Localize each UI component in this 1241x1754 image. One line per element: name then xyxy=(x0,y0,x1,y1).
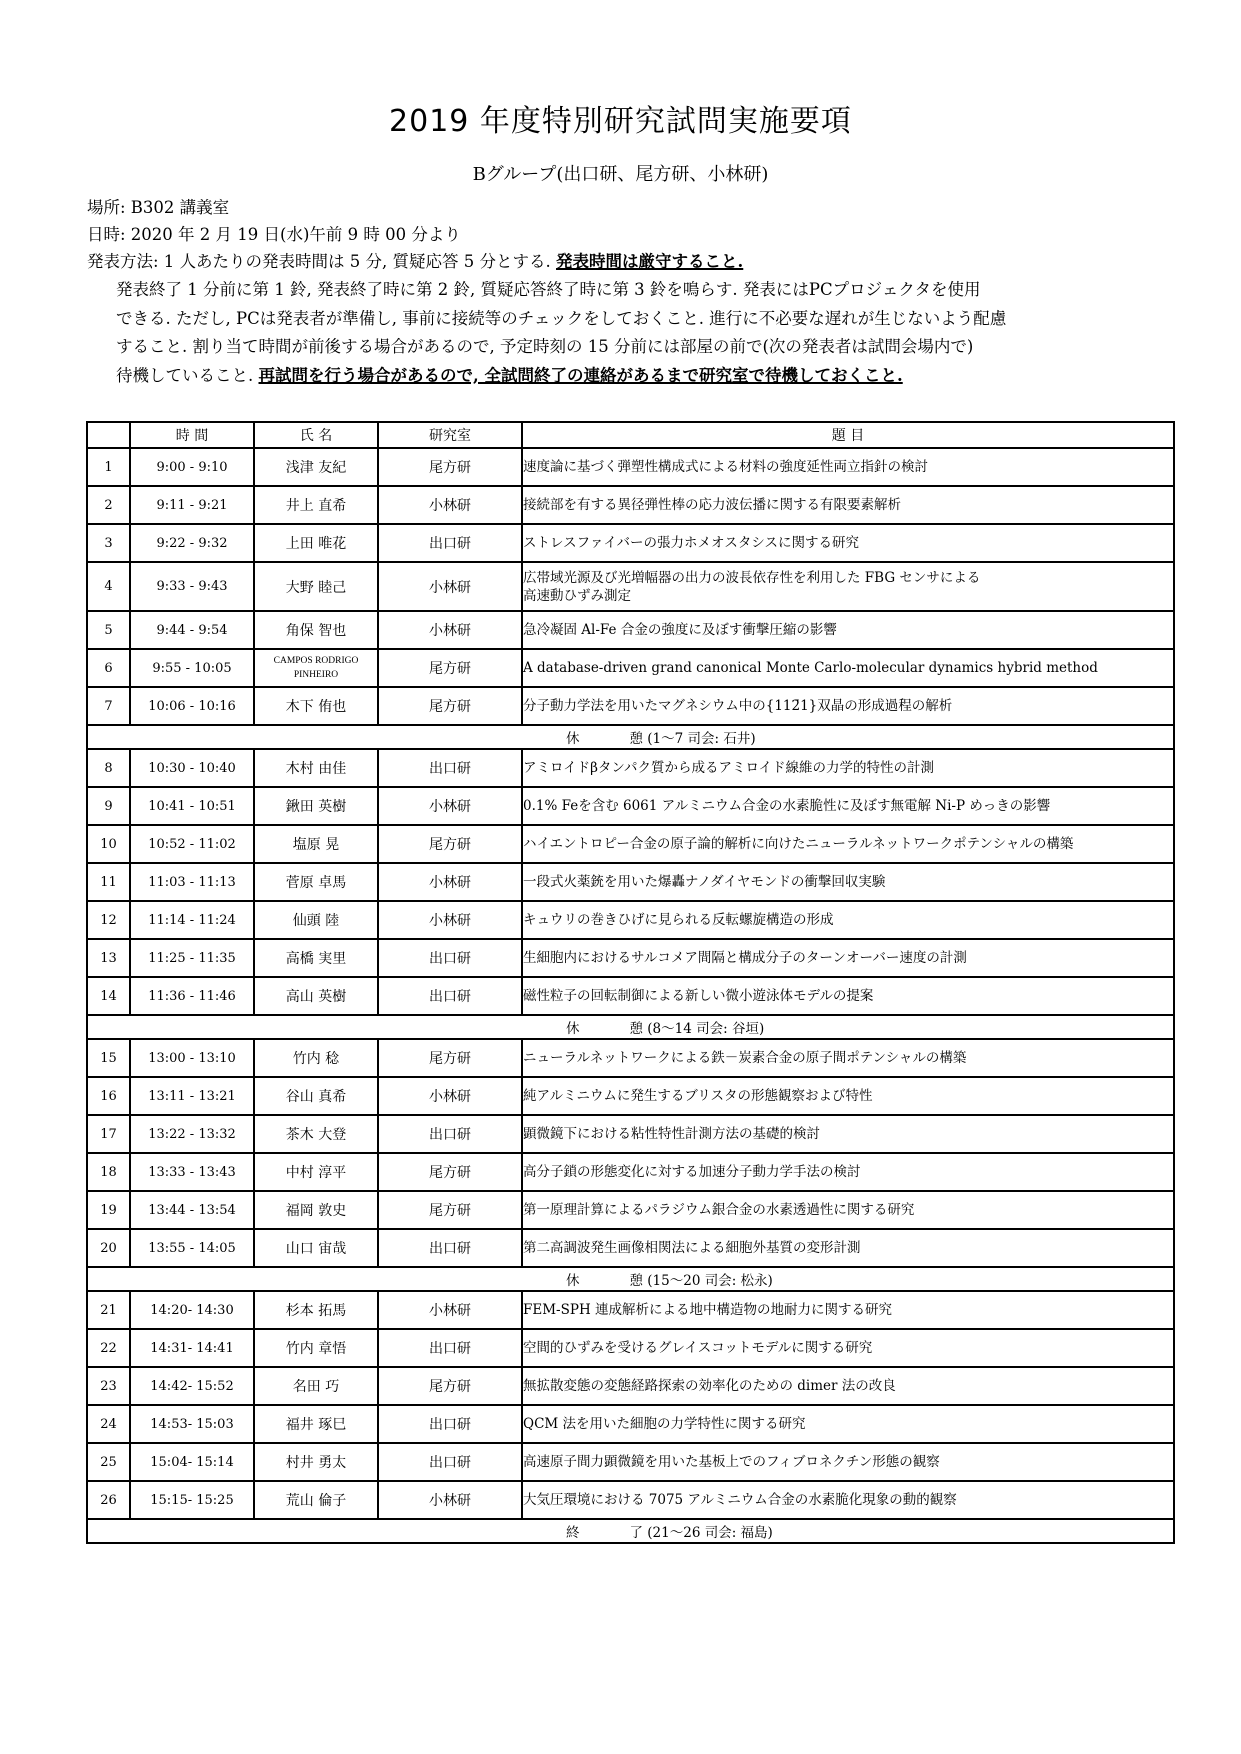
row-name: 鍬田 英樹 xyxy=(254,787,378,825)
row-lab: 小林研 xyxy=(378,1291,522,1329)
row-lab: 小林研 xyxy=(378,562,522,611)
row-name: 茶木 大登 xyxy=(254,1115,378,1153)
row-number: 14 xyxy=(87,977,130,1015)
row-topic: 空間的ひずみを受けるグレイスコットモデルに関する研究 xyxy=(522,1329,1174,1367)
row-time: 13:11 - 13:21 xyxy=(130,1077,254,1115)
row-number: 4 xyxy=(87,562,130,611)
header-no xyxy=(87,422,130,448)
row-topic: 生細胞内におけるサルコメア間隔と構成分子のターンオーバー速度の計測 xyxy=(522,939,1174,977)
row-lab: 尾方研 xyxy=(378,1367,522,1405)
row-lab: 小林研 xyxy=(378,1077,522,1115)
row-topic: ニューラルネットワークによる鉄－炭素合金の原子間ポテンシャルの構築 xyxy=(522,1039,1174,1077)
group-subtitle: Bグループ(出口研、尾方研、小林研) xyxy=(0,160,1241,186)
name-line: CAMPOS RODRIGO xyxy=(255,654,377,668)
topic-line: 広帯域光源及び光増幅器の出力の波長依存性を利用した FBG センサによる xyxy=(523,569,1173,587)
row-name: 浅津 友紀 xyxy=(254,448,378,486)
row-topic: キュウリの巻きひげに見られる反転螺旋構造の形成 xyxy=(522,901,1174,939)
row-time: 11:36 - 11:46 xyxy=(130,977,254,1015)
topic-line: 高速動ひずみ測定 xyxy=(523,587,1173,605)
row-lab: 尾方研 xyxy=(378,1153,522,1191)
row-lab: 出口研 xyxy=(378,939,522,977)
row-time: 14:31- 14:41 xyxy=(130,1329,254,1367)
row-number: 6 xyxy=(87,649,130,687)
end-row: 終了 (21～26 司会: 福島) xyxy=(87,1519,1174,1543)
row-lab: 出口研 xyxy=(378,524,522,562)
row-topic: 純アルミニウムに発生するブリスタの形態観察および特性 xyxy=(522,1077,1174,1115)
row-lab: 出口研 xyxy=(378,1115,522,1153)
row-time: 15:04- 15:14 xyxy=(130,1443,254,1481)
datetime-line: 日時: 2020 年 2 月 19 日(水)午前 9 時 00 分より xyxy=(87,222,461,248)
row-topic: 速度論に基づく弾塑性構成式による材料の強度延性両立指針の検討 xyxy=(522,448,1174,486)
table-row: 2214:31- 14:41竹内 章悟出口研空間的ひずみを受けるグレイスコットモ… xyxy=(87,1329,1174,1367)
table-body: 19:00 - 9:10浅津 友紀尾方研速度論に基づく弾塑性構成式による材料の強… xyxy=(87,448,1174,1543)
row-topic: 一段式火薬銃を用いた爆轟ナノダイヤモンドの衝撃回収実験 xyxy=(522,863,1174,901)
break-row: 休憩 (1～7 司会: 石井) xyxy=(87,725,1174,749)
row-topic: 高分子鎖の形態変化に対する加速分子動力学手法の検討 xyxy=(522,1153,1174,1191)
row-topic: 接続部を有する異径弾性棒の応力波伝播に関する有限要素解析 xyxy=(522,486,1174,524)
break-label-first: 休 xyxy=(566,1021,580,1037)
paragraph-line: 発表終了 1 分前に第 1 鈴, 発表終了時に第 2 鈴, 質疑応答終了時に第 … xyxy=(116,276,1156,305)
row-lab: 出口研 xyxy=(378,977,522,1015)
break-label: 休憩 (8～14 司会: 谷垣) xyxy=(87,1015,1174,1039)
method-line: 発表方法: 1 人あたりの発表時間は 5 分, 質疑応答 5 分とする. 発表時… xyxy=(87,249,743,275)
row-topic: 大気圧環境における 7075 アルミニウム合金の水素脆化現象の動的観察 xyxy=(522,1481,1174,1519)
break-label-rest: 了 (21～26 司会: 福島) xyxy=(630,1525,773,1541)
row-name: 木下 侑也 xyxy=(254,687,378,725)
table-row: 1713:22 - 13:32茶木 大登出口研顕微鏡下における粘性特性計測方法の… xyxy=(87,1115,1174,1153)
break-label-first: 休 xyxy=(566,731,580,747)
name-line: PINHEIRO xyxy=(255,668,377,682)
row-topic: ストレスファイバーの張力ホメオスタシスに関する研究 xyxy=(522,524,1174,562)
row-time: 14:20- 14:30 xyxy=(130,1291,254,1329)
row-lab: 小林研 xyxy=(378,486,522,524)
row-name: 竹内 稔 xyxy=(254,1039,378,1077)
location-line: 場所: B302 講義室 xyxy=(87,195,229,221)
row-lab: 尾方研 xyxy=(378,448,522,486)
row-time: 10:41 - 10:51 xyxy=(130,787,254,825)
table-row: 59:44 - 9:54角保 智也小林研急冷凝固 Al-Fe 合金の強度に及ぼす… xyxy=(87,611,1174,649)
row-number: 5 xyxy=(87,611,130,649)
row-name: 塩原 晃 xyxy=(254,825,378,863)
break-label: 終了 (21～26 司会: 福島) xyxy=(87,1519,1174,1543)
header-time: 時 間 xyxy=(130,422,254,448)
row-lab: 尾方研 xyxy=(378,687,522,725)
row-name: 村井 勇太 xyxy=(254,1443,378,1481)
row-lab: 尾方研 xyxy=(378,649,522,687)
break-label-first: 休 xyxy=(566,1273,580,1289)
table-row: 810:30 - 10:40木村 由佳出口研アミロイドβタンパク質から成るアミロ… xyxy=(87,749,1174,787)
row-topic: QCM 法を用いた細胞の力学特性に関する研究 xyxy=(522,1405,1174,1443)
row-time: 11:03 - 11:13 xyxy=(130,863,254,901)
table-row: 49:33 - 9:43大野 睦己小林研広帯域光源及び光増幅器の出力の波長依存性… xyxy=(87,562,1174,611)
table-row: 2314:42- 15:52名田 巧尾方研無拡散変態の変態経路探索の効率化のため… xyxy=(87,1367,1174,1405)
method-text: 発表方法: 1 人あたりの発表時間は 5 分, 質疑応答 5 分とする. xyxy=(87,252,551,271)
row-number: 12 xyxy=(87,901,130,939)
table-row: 29:11 - 9:21井上 直希小林研接続部を有する異径弾性棒の応力波伝播に関… xyxy=(87,486,1174,524)
row-name: 菅原 卓馬 xyxy=(254,863,378,901)
row-topic: 0.1% Feを含む 6061 アルミニウム合金の水素脆性に及ぼす無電解 Ni-… xyxy=(522,787,1174,825)
row-number: 22 xyxy=(87,1329,130,1367)
row-name: 木村 由佳 xyxy=(254,749,378,787)
row-number: 16 xyxy=(87,1077,130,1115)
header-name: 氏 名 xyxy=(254,422,378,448)
row-number: 21 xyxy=(87,1291,130,1329)
paragraph-last-line: 待機していること. 再試問を行う場合があるので, 全試問終了の連絡があるまで研究… xyxy=(116,362,1156,391)
table-row: 2013:55 - 14:05山口 宙哉出口研第二高調波発生画像相関法による細胞… xyxy=(87,1229,1174,1267)
row-name: 高山 英樹 xyxy=(254,977,378,1015)
row-name: 中村 淳平 xyxy=(254,1153,378,1191)
paragraph-line: できる. ただし, PCは発表者が準備し, 事前に接続等のチェックをしておくこと… xyxy=(116,305,1156,334)
row-name: 井上 直希 xyxy=(254,486,378,524)
row-number: 11 xyxy=(87,863,130,901)
schedule-table: 時 間 氏 名 研究室 題 目 19:00 - 9:10浅津 友紀尾方研速度論に… xyxy=(86,421,1175,1544)
row-number: 10 xyxy=(87,825,130,863)
row-name: 角保 智也 xyxy=(254,611,378,649)
row-lab: 小林研 xyxy=(378,863,522,901)
table-row: 1311:25 - 11:35高橋 実里出口研生細胞内におけるサルコメア間隔と構… xyxy=(87,939,1174,977)
row-number: 13 xyxy=(87,939,130,977)
row-lab: 尾方研 xyxy=(378,825,522,863)
paragraph-emphasis: 再試問を行う場合があるので, 全試問終了の連絡があるまで研究室で待機しておくこと… xyxy=(259,366,903,385)
table-row: 710:06 - 10:16木下 侑也尾方研分子動力学法を用いたマグネシウム中の… xyxy=(87,687,1174,725)
header-topic: 題 目 xyxy=(522,422,1174,448)
row-number: 23 xyxy=(87,1367,130,1405)
row-topic: 磁性粒子の回転制御による新しい微小遊泳体モデルの提案 xyxy=(522,977,1174,1015)
row-lab: 小林研 xyxy=(378,611,522,649)
row-name: CAMPOS RODRIGOPINHEIRO xyxy=(254,649,378,687)
row-number: 1 xyxy=(87,448,130,486)
row-name: 名田 巧 xyxy=(254,1367,378,1405)
row-name: 福岡 敦史 xyxy=(254,1191,378,1229)
row-time: 9:22 - 9:32 xyxy=(130,524,254,562)
row-name: 上田 唯花 xyxy=(254,524,378,562)
table-row: 2414:53- 15:03福井 琢巳出口研QCM 法を用いた細胞の力学特性に関… xyxy=(87,1405,1174,1443)
row-lab: 出口研 xyxy=(378,1405,522,1443)
table-row: 19:00 - 9:10浅津 友紀尾方研速度論に基づく弾塑性構成式による材料の強… xyxy=(87,448,1174,486)
table-row: 1411:36 - 11:46高山 英樹出口研磁性粒子の回転制御による新しい微小… xyxy=(87,977,1174,1015)
break-label-rest: 憩 (1～7 司会: 石井) xyxy=(630,731,756,747)
row-time: 9:44 - 9:54 xyxy=(130,611,254,649)
row-time: 13:00 - 13:10 xyxy=(130,1039,254,1077)
row-time: 14:42- 15:52 xyxy=(130,1367,254,1405)
row-lab: 出口研 xyxy=(378,1229,522,1267)
row-topic: ハイエントロピー合金の原子論的解析に向けたニューラルネットワークポテンシャルの構… xyxy=(522,825,1174,863)
row-name: 谷山 真希 xyxy=(254,1077,378,1115)
row-name: 仙頭 陸 xyxy=(254,901,378,939)
row-time: 9:33 - 9:43 xyxy=(130,562,254,611)
row-time: 13:44 - 13:54 xyxy=(130,1191,254,1229)
row-lab: 尾方研 xyxy=(378,1191,522,1229)
row-topic: 急冷凝固 Al-Fe 合金の強度に及ぼす衝撃圧縮の影響 xyxy=(522,611,1174,649)
row-number: 18 xyxy=(87,1153,130,1191)
row-number: 25 xyxy=(87,1443,130,1481)
row-lab: 小林研 xyxy=(378,901,522,939)
row-number: 3 xyxy=(87,524,130,562)
row-time: 9:55 - 10:05 xyxy=(130,649,254,687)
row-lab: 出口研 xyxy=(378,749,522,787)
row-lab: 小林研 xyxy=(378,1481,522,1519)
table-row: 1513:00 - 13:10竹内 稔尾方研ニューラルネットワークによる鉄－炭素… xyxy=(87,1039,1174,1077)
row-topic: 第二高調波発生画像相関法による細胞外基質の変形計測 xyxy=(522,1229,1174,1267)
row-lab: 小林研 xyxy=(378,787,522,825)
row-time: 13:33 - 13:43 xyxy=(130,1153,254,1191)
break-label: 休憩 (15～20 司会: 松永) xyxy=(87,1267,1174,1291)
table-row: 1010:52 - 11:02塩原 晃尾方研ハイエントロピー合金の原子論的解析に… xyxy=(87,825,1174,863)
row-topic: 高速原子間力顕微鏡を用いた基板上でのフィブロネクチン形態の観察 xyxy=(522,1443,1174,1481)
row-name: 高橋 実里 xyxy=(254,939,378,977)
table-row: 1613:11 - 13:21谷山 真希小林研純アルミニウムに発生するブリスタの… xyxy=(87,1077,1174,1115)
row-number: 8 xyxy=(87,749,130,787)
row-time: 11:25 - 11:35 xyxy=(130,939,254,977)
break-label: 休憩 (1～7 司会: 石井) xyxy=(87,725,1174,749)
table-row: 1211:14 - 11:24仙頭 陸小林研キュウリの巻きひげに見られる反転螺旋… xyxy=(87,901,1174,939)
row-time: 9:00 - 9:10 xyxy=(130,448,254,486)
table-row: 1813:33 - 13:43中村 淳平尾方研高分子鎖の形態変化に対する加速分子… xyxy=(87,1153,1174,1191)
row-topic: アミロイドβタンパク質から成るアミロイド線維の力学的特性の計測 xyxy=(522,749,1174,787)
paragraph-line: すること. 割り当て時間が前後する場合があるので, 予定時刻の 15 分前には部… xyxy=(116,333,1156,362)
row-time: 10:52 - 11:02 xyxy=(130,825,254,863)
row-name: 竹内 章悟 xyxy=(254,1329,378,1367)
row-number: 9 xyxy=(87,787,130,825)
paragraph-text: 待機していること. xyxy=(116,366,253,385)
header-lab: 研究室 xyxy=(378,422,522,448)
row-number: 26 xyxy=(87,1481,130,1519)
row-topic: FEM-SPH 連成解析による地中構造物の地耐力に関する研究 xyxy=(522,1291,1174,1329)
table-row: 39:22 - 9:32上田 唯花出口研ストレスファイバーの張力ホメオスタシスに… xyxy=(87,524,1174,562)
page-title: 2019 年度特別研究試問実施要項 xyxy=(0,96,1241,140)
row-number: 19 xyxy=(87,1191,130,1229)
row-time: 10:06 - 10:16 xyxy=(130,687,254,725)
row-topic: 分子動力学法を用いたマグネシウム中の{112̄1}双晶の形成過程の解析 xyxy=(522,687,1174,725)
row-number: 24 xyxy=(87,1405,130,1443)
table-header-row: 時 間 氏 名 研究室 題 目 xyxy=(87,422,1174,448)
table-row: 910:41 - 10:51鍬田 英樹小林研0.1% Feを含む 6061 アル… xyxy=(87,787,1174,825)
row-number: 7 xyxy=(87,687,130,725)
table-row: 2114:20- 14:30杉本 拓馬小林研FEM-SPH 連成解析による地中構… xyxy=(87,1291,1174,1329)
row-number: 20 xyxy=(87,1229,130,1267)
row-number: 17 xyxy=(87,1115,130,1153)
row-number: 2 xyxy=(87,486,130,524)
row-lab: 出口研 xyxy=(378,1329,522,1367)
row-lab: 出口研 xyxy=(378,1443,522,1481)
row-name: 大野 睦己 xyxy=(254,562,378,611)
row-topic: A database-driven grand canonical Monte … xyxy=(522,649,1174,687)
break-label-rest: 憩 (15～20 司会: 松永) xyxy=(630,1273,773,1289)
row-time: 13:55 - 14:05 xyxy=(130,1229,254,1267)
row-topic: 無拡散変態の変態経路探索の効率化のための dimer 法の改良 xyxy=(522,1367,1174,1405)
table-row: 1913:44 - 13:54福岡 敦史尾方研第一原理計算によるパラジウム銀合金… xyxy=(87,1191,1174,1229)
row-name: 杉本 拓馬 xyxy=(254,1291,378,1329)
row-topic: 第一原理計算によるパラジウム銀合金の水素透過性に関する研究 xyxy=(522,1191,1174,1229)
row-number: 15 xyxy=(87,1039,130,1077)
table-row: 2615:15- 15:25荒山 倫子小林研大気圧環境における 7075 アルミ… xyxy=(87,1481,1174,1519)
row-time: 10:30 - 10:40 xyxy=(130,749,254,787)
row-time: 14:53- 15:03 xyxy=(130,1405,254,1443)
row-topic: 顕微鏡下における粘性特性計測方法の基礎的検討 xyxy=(522,1115,1174,1153)
row-time: 15:15- 15:25 xyxy=(130,1481,254,1519)
break-label-first: 終 xyxy=(566,1525,580,1541)
row-time: 11:14 - 11:24 xyxy=(130,901,254,939)
row-lab: 尾方研 xyxy=(378,1039,522,1077)
row-topic: 広帯域光源及び光増幅器の出力の波長依存性を利用した FBG センサによる高速動ひ… xyxy=(522,562,1174,611)
instructions-paragraph: 発表終了 1 分前に第 1 鈴, 発表終了時に第 2 鈴, 質疑応答終了時に第 … xyxy=(116,276,1156,390)
table-row: 1111:03 - 11:13菅原 卓馬小林研一段式火薬銃を用いた爆轟ナノダイヤ… xyxy=(87,863,1174,901)
row-name: 福井 琢巳 xyxy=(254,1405,378,1443)
row-name: 山口 宙哉 xyxy=(254,1229,378,1267)
break-row: 休憩 (15～20 司会: 松永) xyxy=(87,1267,1174,1291)
row-name: 荒山 倫子 xyxy=(254,1481,378,1519)
table-row: 69:55 - 10:05CAMPOS RODRIGOPINHEIRO尾方研A … xyxy=(87,649,1174,687)
row-time: 9:11 - 9:21 xyxy=(130,486,254,524)
row-time: 13:22 - 13:32 xyxy=(130,1115,254,1153)
table-row: 2515:04- 15:14村井 勇太出口研高速原子間力顕微鏡を用いた基板上での… xyxy=(87,1443,1174,1481)
break-label-rest: 憩 (8～14 司会: 谷垣) xyxy=(630,1021,765,1037)
method-emphasis: 発表時間は厳守すること. xyxy=(556,252,743,271)
break-row: 休憩 (8～14 司会: 谷垣) xyxy=(87,1015,1174,1039)
